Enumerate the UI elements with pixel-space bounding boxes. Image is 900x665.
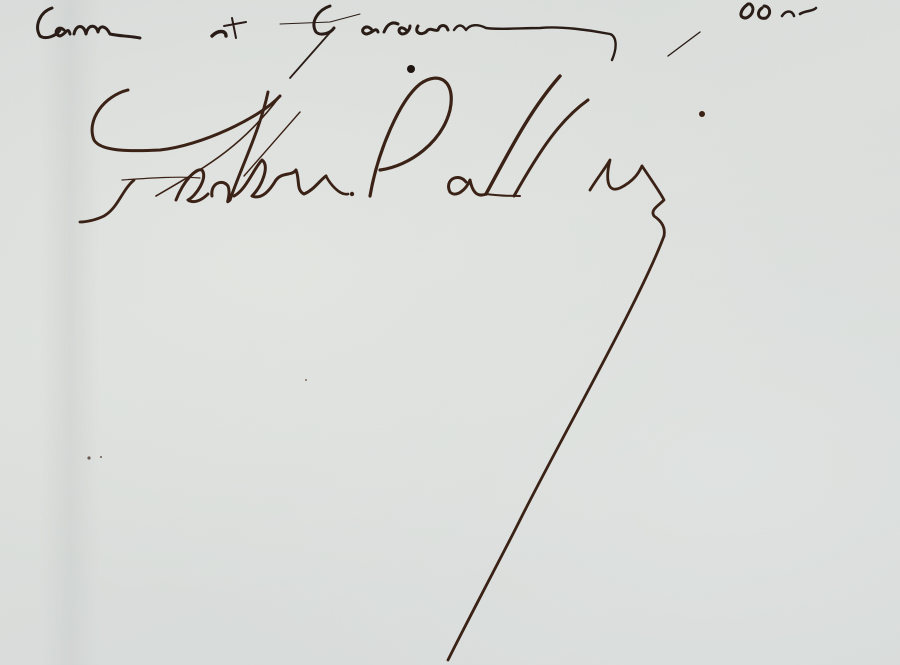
- top-line-handwriting: [38, 4, 816, 78]
- paper-speck: [305, 379, 307, 381]
- handwriting-ink: [0, 0, 900, 665]
- paper-background: Cam. et Garcons ... Sd.rd Feder. Patti: [0, 0, 900, 665]
- signature-ink: [80, 76, 705, 660]
- paper-speck: [100, 456, 102, 458]
- ink-dot: [407, 65, 415, 73]
- paper-speck: [87, 456, 90, 459]
